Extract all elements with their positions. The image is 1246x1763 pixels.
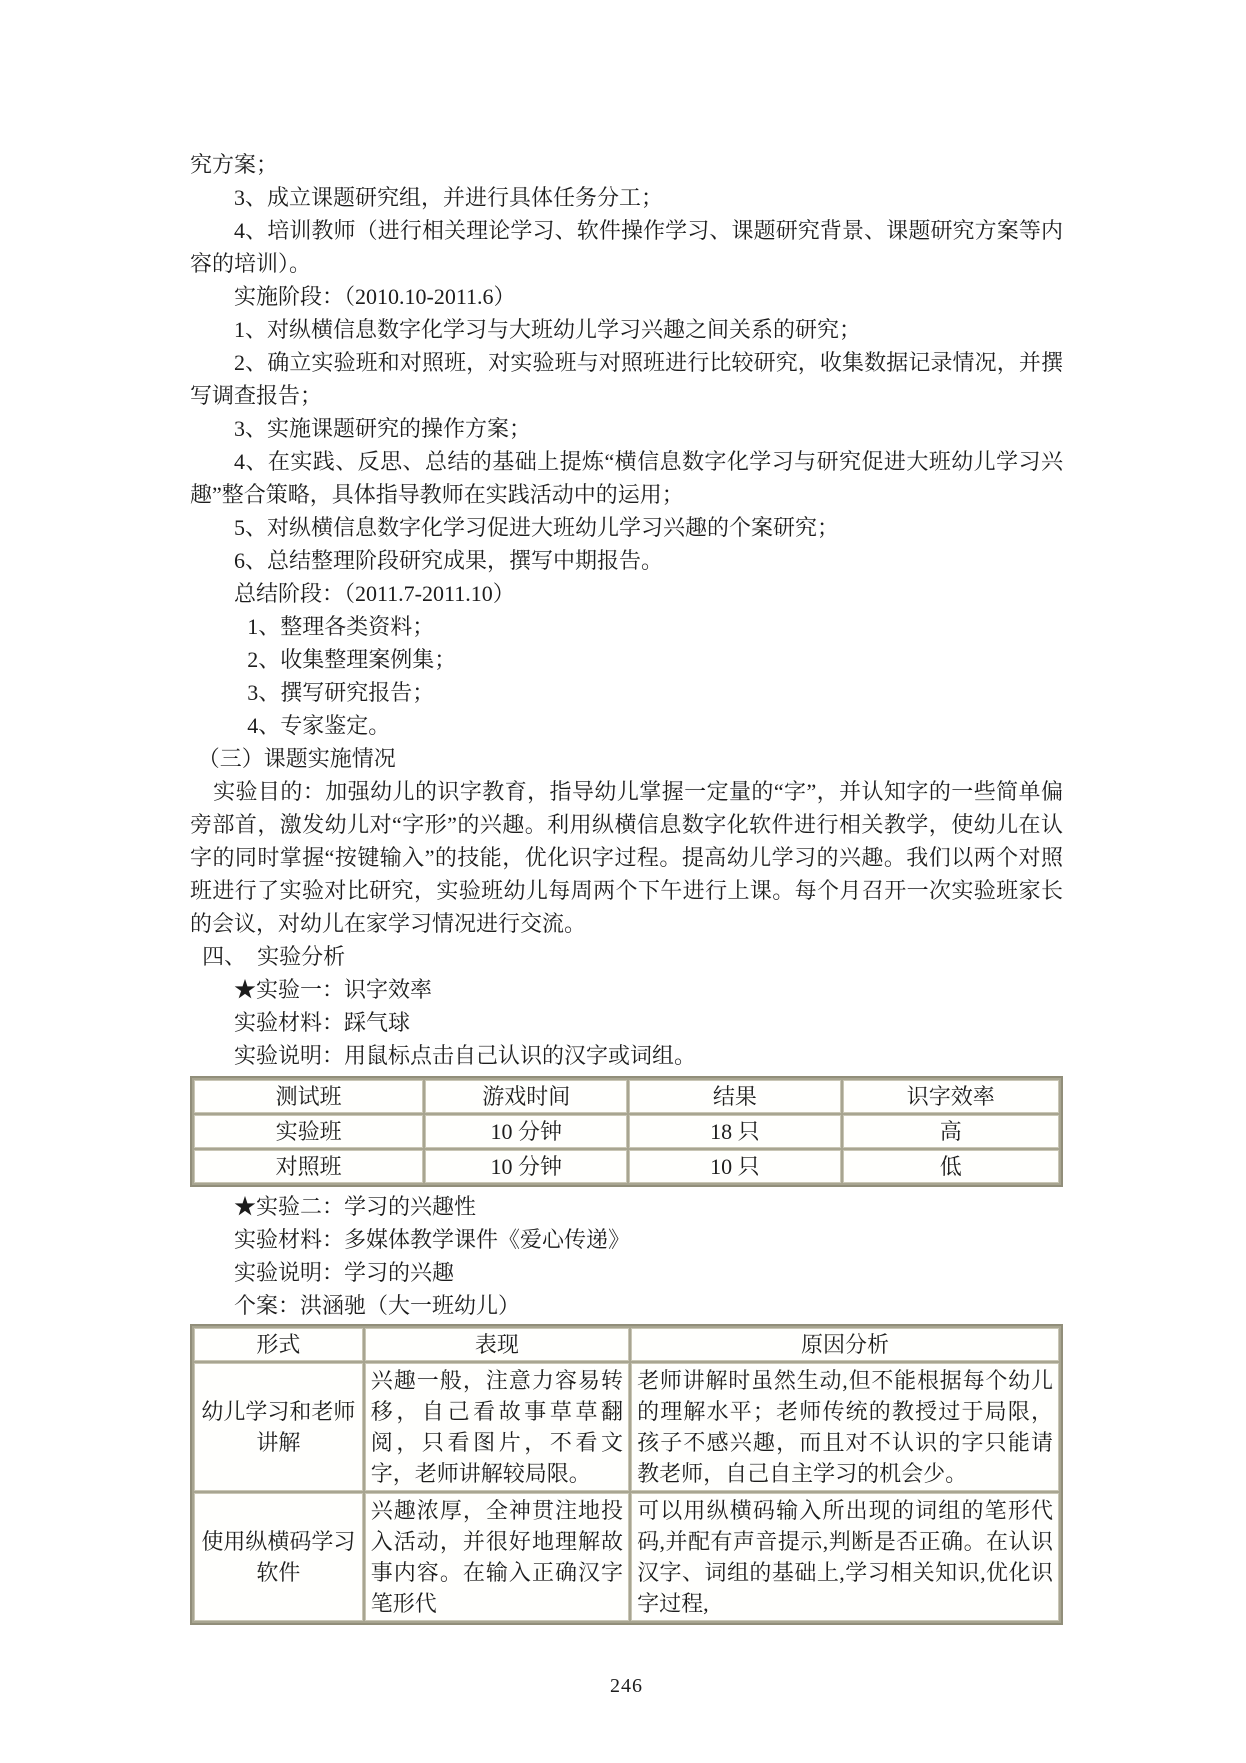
doc-paragraph: 5、对纵横信息数字化学习促进大班幼儿学习兴趣的个案研究；	[190, 511, 1063, 544]
table-cell: 实验班	[194, 1115, 423, 1148]
table-header-row: 形式 表现 原因分析	[194, 1328, 1059, 1361]
doc-list-item: 2、收集整理案例集；	[190, 643, 1063, 676]
table-cell: 高	[843, 1115, 1059, 1148]
doc-paragraph: 1、对纵横信息数字化学习与大班幼儿学习兴趣之间关系的研究；	[190, 313, 1063, 346]
table-experiment-2: 形式 表现 原因分析 幼儿学习和老师讲解 兴趣一般，注意力容易转移，自己看故事草…	[190, 1324, 1063, 1625]
table-cell-form: 使用纵横码学习软件	[194, 1493, 363, 1621]
table-header-cell: 识字效率	[843, 1080, 1059, 1113]
document-page: 究方案； 3、成立课题研究组，并进行具体任务分工； 4、培训教师（进行相关理论学…	[0, 0, 1246, 1698]
table-row: 实验班 10 分钟 18 只 高	[194, 1115, 1059, 1148]
doc-paragraph: 究方案；	[190, 148, 1063, 181]
doc-paragraph: 3、成立课题研究组，并进行具体任务分工；	[190, 181, 1063, 214]
table-cell: 18 只	[629, 1115, 840, 1148]
doc-paragraph: 实验说明：用鼠标点击自己认识的汉字或词组。	[190, 1039, 1063, 1072]
table-header-row: 测试班 游戏时间 结果 识字效率	[194, 1080, 1059, 1113]
doc-paragraph: 实验材料：踩气球	[190, 1006, 1063, 1039]
section-heading: （三）课题实施情况	[190, 742, 1063, 775]
table-cell: 10 分钟	[425, 1150, 627, 1183]
table-row: 幼儿学习和老师讲解 兴趣一般，注意力容易转移，自己看故事草草翻阅，只看图片，不看…	[194, 1363, 1059, 1491]
page-number: 246	[190, 1675, 1063, 1698]
table-cell-behavior: 兴趣一般，注意力容易转移，自己看故事草草翻阅，只看图片，不看文字，老师讲解较局限…	[365, 1363, 629, 1491]
doc-paragraph: 2、确立实验班和对照班，对实验班与对照班进行比较研究，收集数据记录情况，并撰写调…	[190, 346, 1063, 412]
doc-list-item: 3、撰写研究报告；	[190, 676, 1063, 709]
experiment-heading: ★实验一：识字效率	[190, 973, 1063, 1006]
doc-paragraph: 3、实施课题研究的操作方案；	[190, 412, 1063, 445]
table-cell-form: 幼儿学习和老师讲解	[194, 1363, 363, 1491]
experiment-heading: ★实验二：学习的兴趣性	[190, 1190, 1063, 1223]
table-header-cell: 游戏时间	[425, 1080, 627, 1113]
table-experiment-1: 测试班 游戏时间 结果 识字效率 实验班 10 分钟 18 只 高 对照班 10…	[190, 1076, 1063, 1187]
doc-list-item: 4、专家鉴定。	[190, 709, 1063, 742]
table-cell: 10 只	[629, 1150, 840, 1183]
doc-paragraph: 4、在实践、反思、总结的基础上提炼“横信息数字化学习与研究促进大班幼儿学习兴趣”…	[190, 445, 1063, 511]
doc-paragraph: 4、培训教师（进行相关理论学习、软件操作学习、课题研究背景、课题研究方案等内容的…	[190, 214, 1063, 280]
doc-paragraph: 个案：洪涵驰（大一班幼儿）	[190, 1289, 1063, 1322]
section-heading: 四、 实验分析	[190, 940, 1063, 973]
table-header-cell: 结果	[629, 1080, 840, 1113]
doc-paragraph: 实验材料：多媒体教学课件《爱心传递》	[190, 1223, 1063, 1256]
table-header-cell: 形式	[194, 1328, 363, 1361]
table-cell-analysis: 老师讲解时虽然生动,但不能根据每个幼儿的理解水平；老师传统的教授过于局限，孩子不…	[631, 1363, 1059, 1491]
doc-list-item: 1、整理各类资料；	[190, 610, 1063, 643]
table-cell-behavior: 兴趣浓厚，全神贯注地投入活动，并很好地理解故事内容。在输入正确汉字笔形代	[365, 1493, 629, 1621]
doc-paragraph: 6、总结整理阶段研究成果，撰写中期报告。	[190, 544, 1063, 577]
table-header-cell: 测试班	[194, 1080, 423, 1113]
table-header-cell: 表现	[365, 1328, 629, 1361]
doc-paragraph: 实验目的：加强幼儿的识字教育，指导幼儿掌握一定量的“字”，并认知字的一些简单偏旁…	[190, 775, 1063, 940]
doc-paragraph: 总结阶段：（2011.7-2011.10）	[190, 577, 1063, 610]
table-cell: 对照班	[194, 1150, 423, 1183]
table-cell: 10 分钟	[425, 1115, 627, 1148]
table-cell: 低	[843, 1150, 1059, 1183]
table-row: 使用纵横码学习软件 兴趣浓厚，全神贯注地投入活动，并很好地理解故事内容。在输入正…	[194, 1493, 1059, 1621]
table-row: 对照班 10 分钟 10 只 低	[194, 1150, 1059, 1183]
doc-paragraph: 实验说明：学习的兴趣	[190, 1256, 1063, 1289]
table-cell-analysis: 可以用纵横码输入所出现的词组的笔形代码,并配有声音提示,判断是否正确。在认识汉字…	[631, 1493, 1059, 1621]
doc-paragraph: 实施阶段：（2010.10-2011.6）	[190, 280, 1063, 313]
table-header-cell: 原因分析	[631, 1328, 1059, 1361]
